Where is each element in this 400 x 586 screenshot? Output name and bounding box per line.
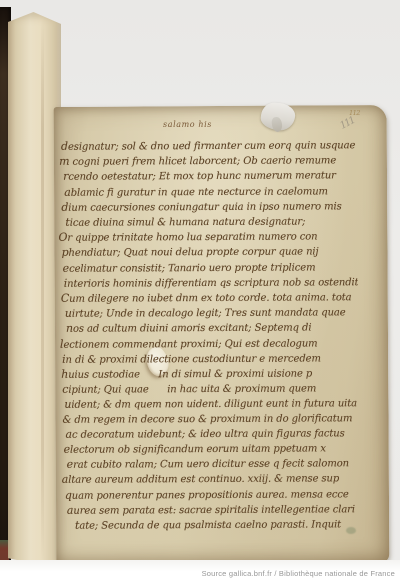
folio-crease-line (41, 20, 44, 560)
text-line: tate; Secunda de qua psalmista caelno pa… (75, 517, 359, 534)
manuscript-photo: salamo his 112 111 designatur; sol & dno… (0, 0, 400, 586)
text-line: cipiunt; Qui quae in hac uita & proximum… (62, 381, 358, 398)
text-line: uirtute; Unde in decalogo legit; Tres su… (65, 305, 358, 322)
text-line: interioris hominis differentiam qs scrip… (64, 275, 358, 292)
text-line: phendiatur; Quat noui delua propte corpu… (62, 245, 358, 262)
previous-folio-edge (8, 11, 61, 567)
text-line: huius custodiae In di simul & proximi ui… (61, 366, 358, 383)
text-line: Or quippe trinitate homo lua separatim n… (58, 229, 357, 246)
text-line: rcendo oetestatur; Et mox top hunc numer… (63, 169, 357, 186)
text-line: m cogni pueri frem hlicet laborcent; Ob … (59, 153, 357, 170)
text-line: ecelimatur consistit; Tanario uero propt… (63, 260, 358, 277)
text-line: Cum dilegere no iubet dnm ex toto corde.… (61, 290, 358, 307)
text-line: uident; & dm quem non uident. diligunt e… (64, 397, 358, 414)
text-line: ablamic fi guratur in quae nte necturce … (64, 184, 357, 201)
text-line: ac decoratum uidebunt; & ideo ultra quin… (65, 426, 358, 443)
text-line: dium caecursiones coniungatur quia in ip… (61, 199, 357, 216)
text-line: lectionem commendant proximi; Qui est de… (60, 336, 358, 353)
text-line: in di & proximi dilectione custodiuntur … (62, 351, 358, 368)
running-header: salamo his (163, 120, 212, 129)
text-line: designatur; sol & dno ued firmanter cum … (61, 138, 357, 155)
text-line: & dm regem in decore suo & proximum in d… (62, 412, 358, 428)
text-block: designatur; sol & dno ued firmanter cum … (61, 138, 359, 534)
text-line: electorum ob significandum eorum uitam p… (64, 441, 359, 458)
gallica-attribution: Source gallica.bnf.fr / Bibliothèque nat… (202, 569, 395, 578)
text-line: ticae diuina simul & humana natura desig… (65, 214, 357, 231)
text-line: quam ponerentur panes propositionis aure… (65, 487, 359, 504)
text-line: aurea sem parata est: sacrae spiritalis … (67, 502, 359, 519)
text-line: erat cubito ralam; Cum uero dicitur esse… (67, 456, 359, 473)
text-line: altare aureum additum est continuo. xxii… (62, 472, 359, 489)
text-line: nos ad cultum diuini amoris excitant; Se… (66, 321, 358, 338)
